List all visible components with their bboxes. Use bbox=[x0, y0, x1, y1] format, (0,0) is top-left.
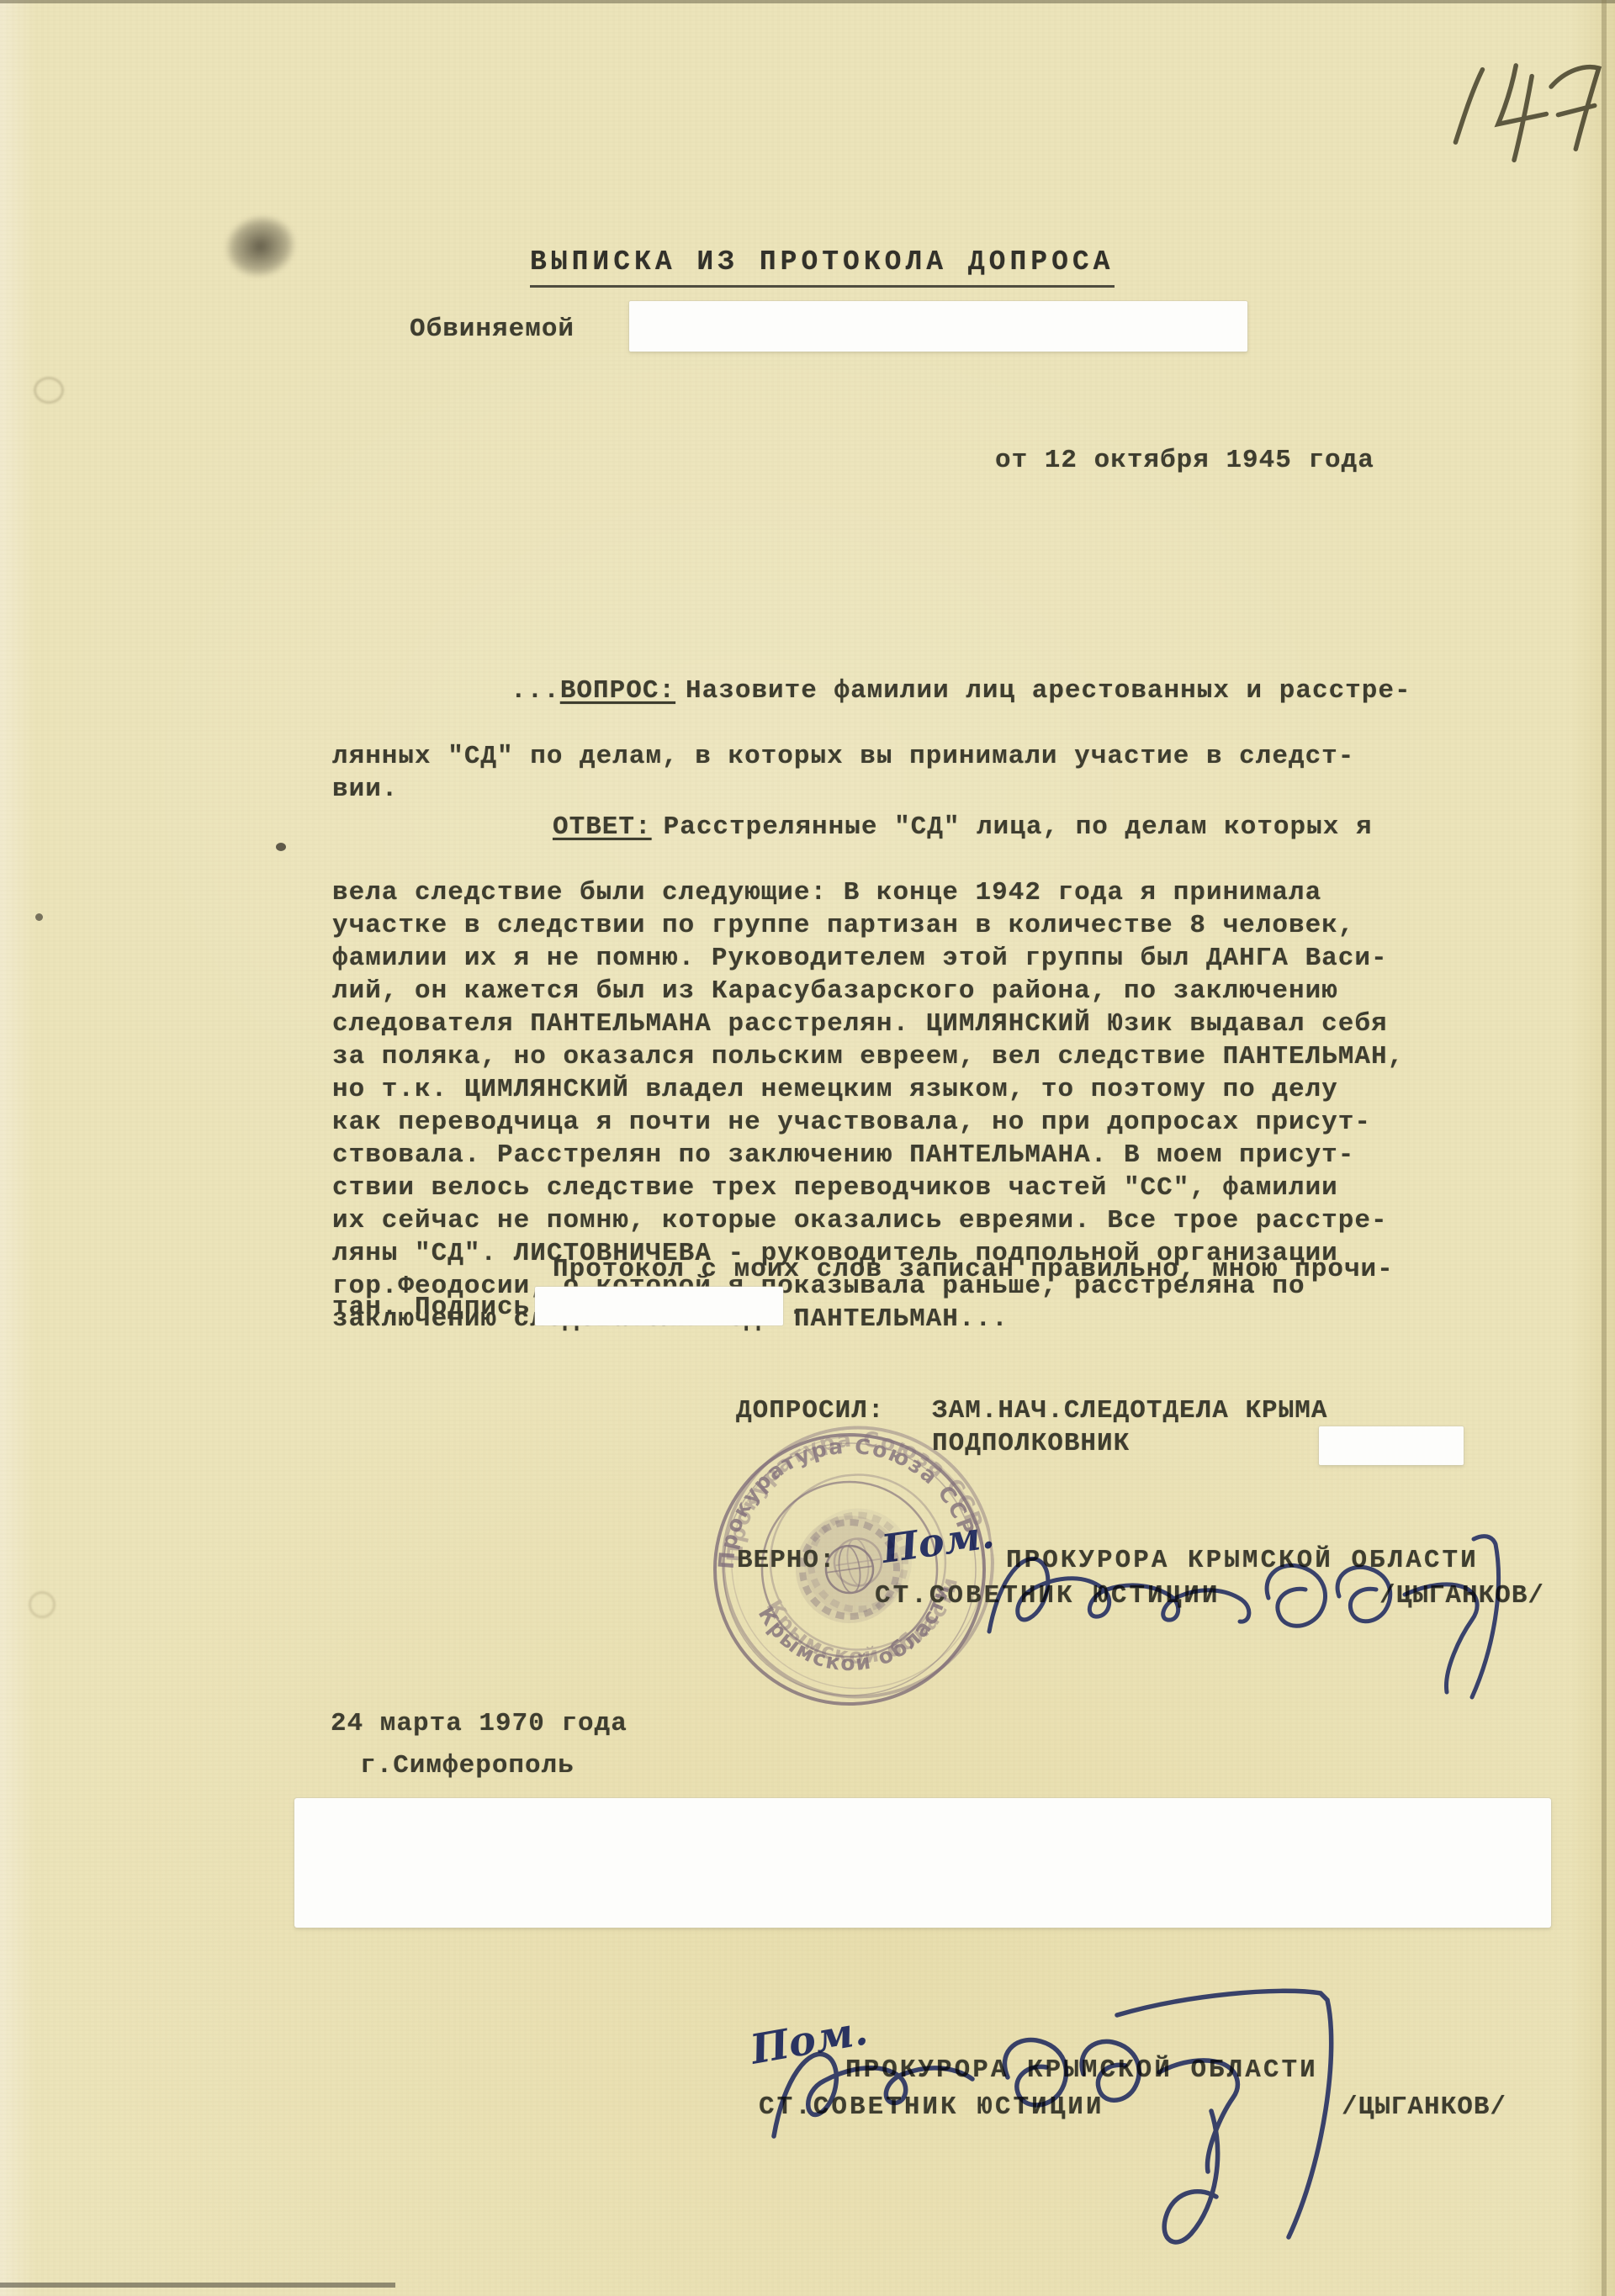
prosecutor-signature-2 bbox=[740, 1960, 1464, 2254]
accused-label: Обвиняемой bbox=[410, 313, 575, 346]
certification-city: г.Симферополь bbox=[360, 1749, 575, 1782]
redaction-box-large bbox=[294, 1798, 1551, 1928]
protocol-closing-line2: тан. Подпись . bbox=[332, 1285, 805, 1324]
answer-first-line: ОТВЕТ:Расстрелянные "СД" лица, по делам … bbox=[553, 778, 1476, 844]
punch-ring-2 bbox=[29, 1591, 56, 1618]
redaction-box-accused-name bbox=[629, 301, 1247, 352]
certification-label: ВЕРНО: bbox=[737, 1544, 836, 1577]
protocol-closing-line2-text: тан. Подпись bbox=[332, 1291, 530, 1324]
interrogator-lines: ЗАМ.НАЧ.СЛЕДОТДЕЛА КРЫМА ПОДПОЛКОВНИК bbox=[932, 1394, 1327, 1460]
document-title: ВЫПИСКА ИЗ ПРОТОКОЛА ДОПРОСА bbox=[530, 246, 1115, 288]
answer-label: ОТВЕТ: bbox=[553, 812, 652, 842]
punch-ring-1 bbox=[34, 377, 64, 404]
ink-speck-1 bbox=[276, 843, 286, 851]
protocol-date-line: от 12 октября 1945 года bbox=[995, 444, 1374, 477]
scan-edge-bottom-left bbox=[0, 2283, 395, 2288]
ink-speck-2 bbox=[35, 913, 43, 921]
scan-edge-right bbox=[1602, 0, 1607, 2296]
paper-hole-blob bbox=[204, 194, 318, 299]
question-label: ВОПРОС: bbox=[560, 676, 675, 706]
question-first-line-text: Назовите фамилии лиц арестованных и расс… bbox=[686, 676, 1411, 706]
question-first-line: ...ВОПРОС:Назовите фамилии лиц арестован… bbox=[511, 642, 1476, 707]
certification-date: 24 марта 1970 года bbox=[331, 1707, 627, 1740]
answer-first-line-text: Расстрелянные "СД" лица, по делам которы… bbox=[664, 812, 1373, 842]
scanned-document-page: ВЫПИСКА ИЗ ПРОТОКОЛА ДОПРОСА Обвиняемой … bbox=[0, 0, 1615, 2296]
scan-edge-top bbox=[0, 0, 1615, 3]
redaction-box-signature bbox=[535, 1287, 783, 1325]
question-prefix: ... bbox=[511, 676, 560, 706]
protocol-closing-line1: Протокол с моих слов записан правильно, … bbox=[553, 1253, 1394, 1286]
handwritten-page-number bbox=[1416, 37, 1615, 185]
redaction-box-interrogator-name bbox=[1319, 1426, 1464, 1465]
protocol-closing-line2-period: . bbox=[788, 1291, 805, 1324]
prosecutor-signature-1 bbox=[959, 1514, 1548, 1716]
